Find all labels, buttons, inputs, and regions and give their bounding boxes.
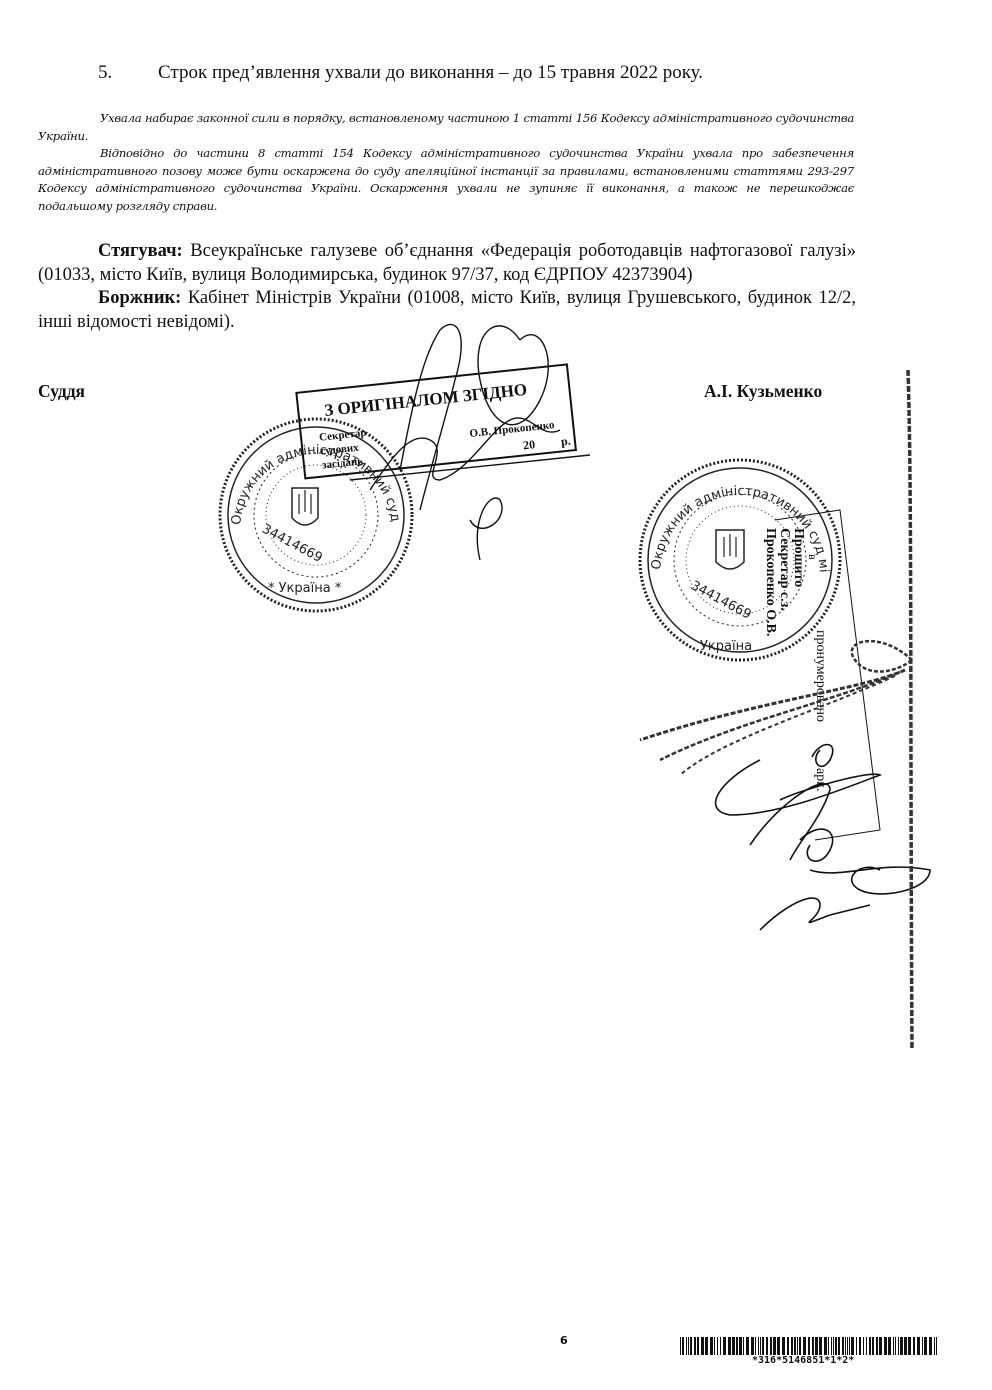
svg-text:Окружний адміністративний суд: Окружний адміністративний суд міста Києв… bbox=[0, 0, 831, 573]
barcode bbox=[680, 1337, 938, 1355]
stamps-overlay: Окружний адміністративний суд міста Києв… bbox=[0, 0, 992, 1390]
svg-text:Україна: Україна bbox=[700, 639, 752, 654]
svg-text:20: 20 bbox=[522, 437, 535, 452]
court-seal-left: Окружний адміністративний суд міста Києв… bbox=[0, 0, 412, 611]
court-seal-right: Окружний адміністративний суд міста Києв… bbox=[0, 0, 840, 660]
svg-text:р.: р. bbox=[560, 434, 571, 449]
barcode-text: *316*5146851*1*2* bbox=[752, 1355, 854, 1366]
signature-left bbox=[350, 324, 590, 560]
svg-text:в: в bbox=[806, 554, 820, 560]
binding-thread bbox=[640, 370, 912, 1050]
svg-text:Секретар: Секретар bbox=[319, 427, 367, 444]
svg-text:* Україна *: * Україна * bbox=[268, 581, 342, 596]
page-number: 6 bbox=[560, 1334, 568, 1347]
svg-text:34414669: 34414669 bbox=[259, 522, 324, 566]
svg-text:Секретар с.з.: Секретар с.з. bbox=[777, 528, 792, 611]
svg-text:арк.: арк. bbox=[813, 768, 828, 792]
svg-text:34414669: 34414669 bbox=[688, 578, 753, 622]
svg-text:Прошито: Прошито bbox=[791, 528, 806, 587]
svg-text:Прокопенко О.В.: Прокопенко О.В. bbox=[763, 528, 778, 637]
